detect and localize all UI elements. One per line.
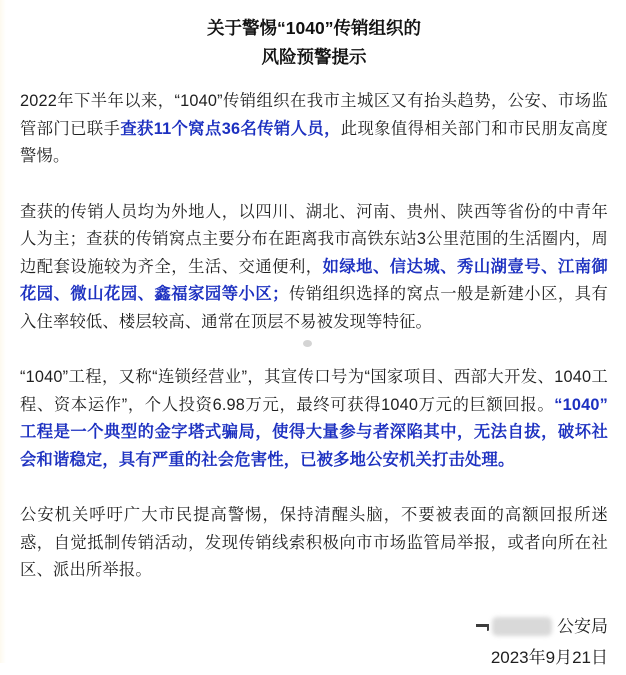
issuing-authority: 公安局 — [557, 613, 608, 641]
signature-line: 公安局 — [20, 613, 608, 641]
announcement-document: 关于警惕“1040”传销组织的 风险预警提示 2022年下半年以来，“1040”… — [0, 0, 626, 675]
redaction-blur — [492, 617, 552, 636]
title-line-2: 风险预警提示 — [262, 47, 367, 67]
body-text: 公安机关呼吁广大市民提高警惕，保持清醒头脑，不要被表面的高额回报所迷惑，自觉抵制… — [20, 506, 608, 579]
paragraph-2: 查获的传销人员均为外地人，以四川、湖北、河南、贵州、陕西等省份的中青年人为主；查… — [20, 199, 608, 337]
document-body: 2022年下半年以来，“1040”传销组织在我市主城区又有抬头趋势，公安、市场监… — [20, 88, 608, 585]
document-title: 关于警惕“1040”传销组织的 风险预警提示 — [20, 14, 608, 72]
paragraph-3: “1040”工程，又称“连锁经营业”，其宣传口号为“国家项目、西部大开发、104… — [20, 364, 608, 474]
signature-date: 2023年9月21日 — [20, 643, 608, 673]
body-text: “1040”工程，又称“连锁经营业”，其宣传口号为“国家项目、西部大开发、104… — [20, 368, 608, 414]
title-line-1: 关于警惕“1040”传销组织的 — [207, 18, 421, 38]
emphasis-text: 查获11个窝点36名传销人员， — [120, 120, 340, 138]
screenshot-artifact-dot — [303, 340, 312, 347]
paragraph-1: 2022年下半年以来，“1040”传销组织在我市主城区又有抬头趋势，公安、市场监… — [20, 88, 608, 171]
paragraph-4: 公安机关呼吁广大市民提高警惕，保持清醒头脑，不要被表面的高额回报所迷惑，自觉抵制… — [20, 502, 608, 585]
redacted-stroke-fragment — [476, 622, 489, 631]
